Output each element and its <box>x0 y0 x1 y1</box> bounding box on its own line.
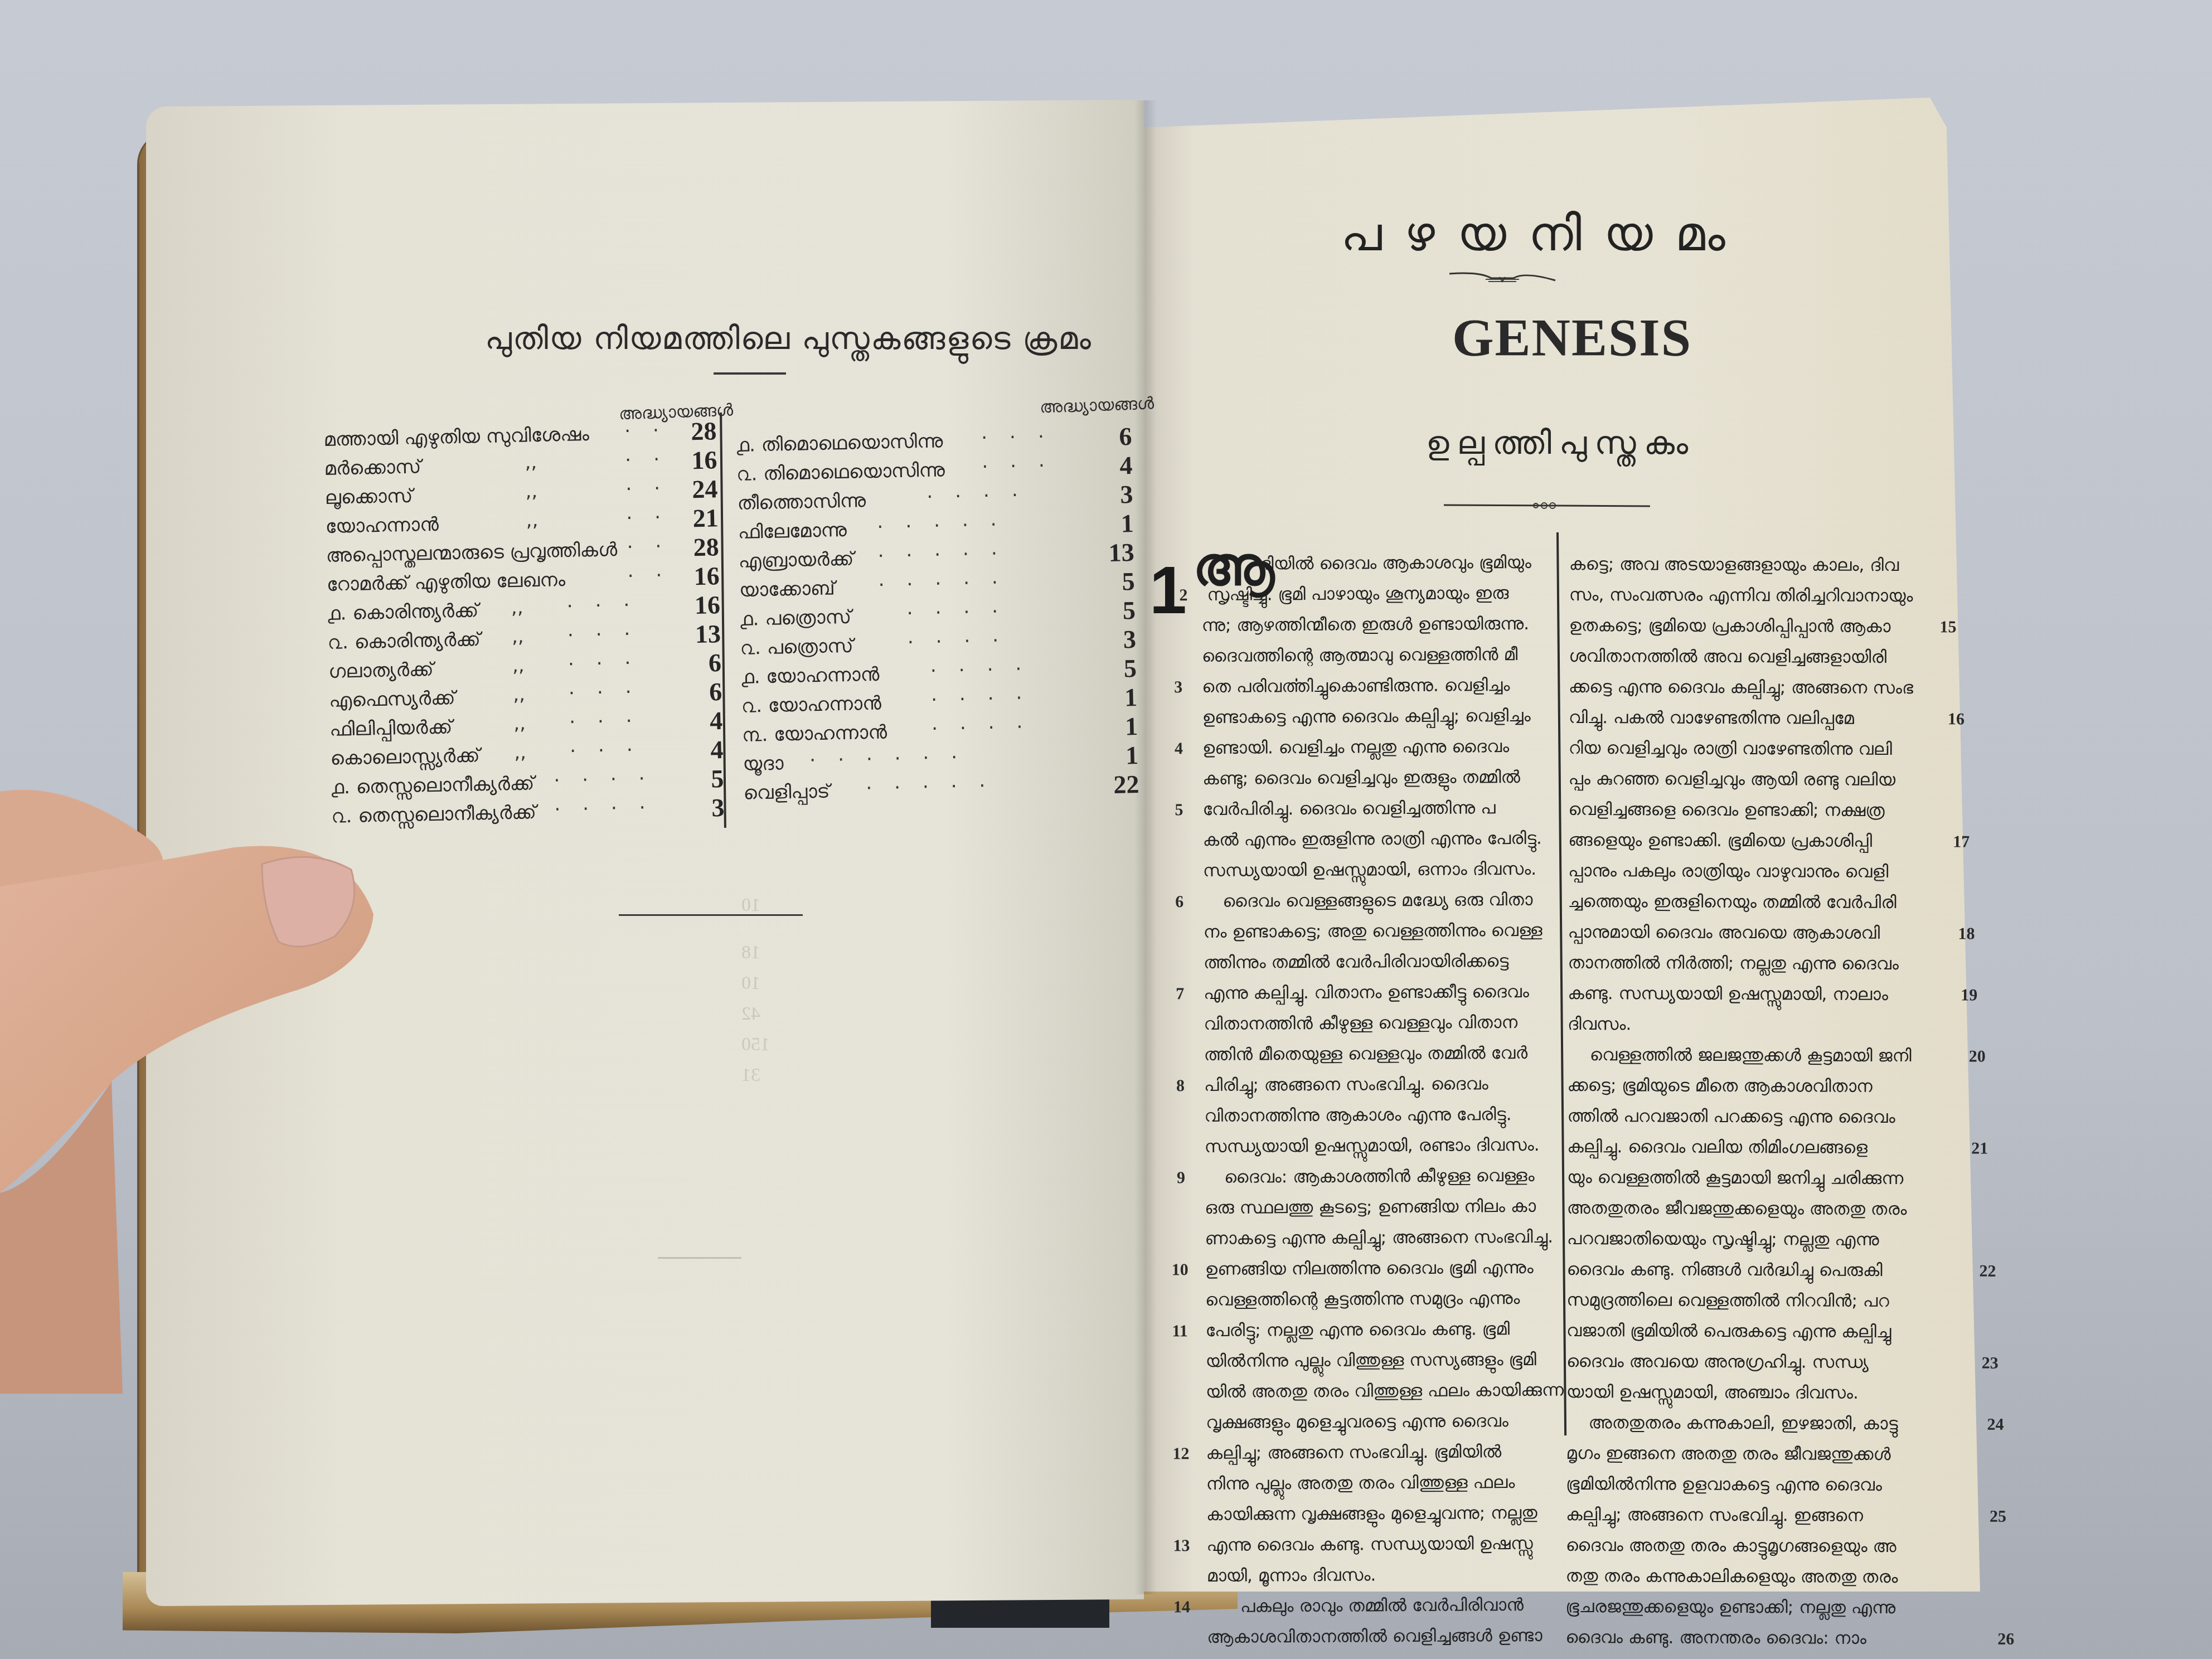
verse-number: 18 <box>1958 918 1975 949</box>
verse-number: 21 <box>1971 1133 1988 1164</box>
verse-text: യിൽ അതതു തരം വിത്തുള്ള ഫലം കായിക്കുന്ന <box>1206 1380 1564 1402</box>
verse-text: അതതുതരം ജീവജന്തുക്കളെയും അതതു തരം <box>1567 1198 1907 1219</box>
verse-line: ദിവസം. <box>1568 1009 1958 1041</box>
verse-line: 3തെ പരിവൎത്തിച്ചുകൊണ്ടിരുന്നു. വെളിച്ചം <box>1202 670 1548 702</box>
toc-chapter-count: 1 <box>1087 682 1138 713</box>
toc-end-rule <box>619 914 803 916</box>
verse-line: താനത്തിൽ നിർത്തി; നല്ലതു എന്നു ദൈവം <box>1568 948 1958 979</box>
verse-text: വൃക്ഷങ്ങളും മുളെച്ചുവരട്ടെ എന്നു ദൈവം <box>1206 1411 1508 1433</box>
title-ornament <box>1447 265 1558 290</box>
toc-book-name: മർക്കൊസ് <box>324 455 421 480</box>
bleed-through-number: 150 <box>741 1034 770 1055</box>
verse-line: നം ഉണ്ടാകട്ടെ; അതു വെള്ളത്തിന്നും വെള്ള <box>1203 915 1549 948</box>
verse-text: വെള്ളത്തിന്റെ കൂട്ടത്തിന്നു സമുദ്രം എന്ന… <box>1205 1288 1520 1310</box>
toc-book-name: ൨. തിമൊഥെയൊസിന്നു <box>736 459 945 486</box>
verse-line: കണ്ടു; ദൈവം വെളിച്ചവും ഇരുളും തമ്മിൽ <box>1202 762 1548 794</box>
toc-chapter-count: 5 <box>1084 566 1135 597</box>
verse-line: കായിക്കുന്ന വൃക്ഷങ്ങളും മുളെച്ചുവന്നു; ന… <box>1206 1498 1552 1530</box>
toc-book-name: ലൂക്കൊസ് <box>324 485 413 509</box>
verse-line: വൃക്ഷങ്ങളും മുളെച്ചുവരട്ടെ എന്നു ദൈവം <box>1206 1406 1551 1438</box>
verse-text: ത്തിൻ മീതെയുള്ള വെള്ളവും തമ്മിൽ വേർ <box>1204 1043 1528 1065</box>
verse-text: വെള്ളത്തിൽ ജലജന്തുക്കൾ കൂട്ടമായി ജനി <box>1568 1045 1912 1066</box>
verse-number: 8 <box>1176 1070 1185 1101</box>
verse-line: ദൈവം കണ്ടു. നിങ്ങൾ വർദ്ധിച്ചു പെരുകി22 <box>1566 1254 1957 1286</box>
verse-text: ദൈവം: ആകാശത്തിൻ കീഴുള്ള വെള്ളം <box>1205 1166 1535 1187</box>
toc-leader-dots: ··· <box>981 425 1066 449</box>
verse-text: ആകാശവിതാനത്തിൽ വെളിച്ചങ്ങൾ ഉണ്ടാ <box>1207 1626 1542 1647</box>
toc-book-name: ൧. പത്രൊസ് <box>740 606 852 630</box>
verse-number: 3 <box>1174 672 1182 702</box>
verse-text: യും വെള്ളത്തിൽ കൂട്ടമായി ജനിച്ചു ചരിക്കു… <box>1567 1167 1903 1189</box>
verse-text: സന്ധ്യയായി ഉഷസ്സുമായി, ഒന്നാം ദിവസം. <box>1203 859 1536 881</box>
verse-text: ന്നു; ആഴത്തിന്മീതെ ഇരുൾ ഉണ്ടായിരുന്നു. <box>1202 614 1530 636</box>
verse-line: ശവിതാനത്തിൽ അവ വെളിച്ചങ്ങളായിരി <box>1569 641 1959 673</box>
toc-ditto: ,, <box>511 596 523 619</box>
toc-title: പുതിയ നിയമത്തിലെ പുസ്തകങ്ങളുടെ ക്രമം <box>485 321 1098 357</box>
verse-text: വേർപിരിച്ചു. ദൈവം വെളിച്ചത്തിന്നു പ <box>1202 798 1495 819</box>
toc-book-name: മത്തായി എഴുതിയ സുവിശേഷം <box>323 423 589 451</box>
verse-text: നിന്നു പുല്ലും അതതു തരം വിത്തുള്ള ഫലം <box>1206 1472 1515 1494</box>
scripture-column-right: കട്ടെ; അവ അടയാളങ്ങളായും കാലം, ദിവ സം, സം… <box>1565 549 1959 1654</box>
verse-line: ക്കട്ടെ എന്നു ദൈവം കല്പിച്ചു; അങ്ങനെ സംഭ <box>1569 672 1959 704</box>
verse-line: 13എന്നു ദൈവം കണ്ടു. സന്ധ്യയായി ഉഷസ്സു <box>1206 1529 1552 1561</box>
toc-column-header-2: അദ്ധ്യായങ്ങൾ <box>1039 394 1154 417</box>
verse-line: യിൽ അതതു തരം വിത്തുള്ള ഫലം കായിക്കുന്ന <box>1206 1375 1551 1408</box>
verse-line: ഭൂചരജന്തുക്കളെയും ഉണ്ടാക്കി; നല്ലതു എന്ന… <box>1565 1592 1956 1623</box>
toc-book-name: കൊലൊസ്സ്യർക്ക് <box>330 744 480 770</box>
verse-line: 9ദൈവം: ആകാശത്തിൻ കീഴുള്ള വെള്ളം <box>1205 1161 1550 1193</box>
toc-book-name: യൂദാ <box>743 752 784 775</box>
toc-chapter-count: 1 <box>1088 740 1139 771</box>
toc-chapter-count: 3 <box>674 793 725 823</box>
verse-line: 11പേരിട്ടു; നല്ലതു എന്നു ദൈവം കണ്ടു. ഭൂമ… <box>1205 1314 1551 1346</box>
verse-line: കല്പിച്ചു; അങ്ങനെ സംഭവിച്ചു. ഇങ്ങനെ25 <box>1566 1500 1956 1531</box>
toc-book-name: ഗലാത്യർക്ക് <box>328 658 434 683</box>
verse-text: ദൈവം അതതു തരം കാട്ടുമൃഗങ്ങളെയും അ <box>1566 1535 1896 1556</box>
bleed-through-number: 10 <box>741 895 760 916</box>
verse-line: ക്കട്ടെ; ഭൂമിയുടെ മീതെ ആകാശവിതാന <box>1568 1070 1958 1102</box>
verse-number: 10 <box>1172 1254 1189 1285</box>
toc-chapter-count: 1 <box>1083 508 1134 539</box>
verse-text: തതു തരം കന്നുകാലികളെയും അതതു തരം <box>1566 1566 1898 1587</box>
toc-book-name: തീത്തൊസിന്നു <box>737 489 866 515</box>
bleed-through-number: 18 <box>741 942 760 963</box>
verse-line: സം, സംവത്സരം എന്നിവ തിരിച്ചറിവാനായും <box>1569 580 1959 612</box>
verse-text: സന്ധ്യയായി ഉഷസ്സുമായി, രണ്ടാം ദിവസം. <box>1205 1135 1540 1157</box>
verse-line: 6ദൈവം വെള്ളങ്ങളുടെ മദ്ധ്യേ ഒരു വിതാ <box>1203 885 1549 917</box>
verse-line: സമുദ്രത്തിലെ വെള്ളത്തിൽ നിറവിൻ; പറ <box>1566 1285 1957 1317</box>
verse-number: 22 <box>1979 1256 1996 1287</box>
verse-text: മായി, മൂന്നാം ദിവസം. <box>1207 1565 1376 1586</box>
toc-leader-dots: ··· <box>566 594 652 618</box>
verse-line: ത്തിൽ പറവജാതി പറക്കട്ടെ എന്നു ദൈവം <box>1567 1101 1957 1133</box>
verse-line: ന്നു; ആഴത്തിന്മീതെ ഇരുൾ ഉണ്ടായിരുന്നു. <box>1202 609 1548 641</box>
verse-number: 26 <box>1997 1624 2014 1655</box>
toc-leader-dots: ···· <box>906 600 1020 624</box>
verse-line: മായി, മൂന്നാം ദിവസം. <box>1207 1559 1553 1592</box>
verse-number: 5 <box>1175 794 1183 825</box>
toc-leader-dots: ··· <box>982 454 1067 478</box>
verse-line: വിതാനത്തിൻ കീഴുള്ള വെള്ളവും വിതാന <box>1204 1007 1549 1040</box>
verse-text: യിൽനിന്നു പുല്ലും വിത്തുള്ള സസ്യങ്ങളും ഭ… <box>1206 1350 1536 1371</box>
toc-book-name: ഫിലേമോന്നു <box>738 519 847 544</box>
verse-text: സൃഷ്ടിച്ചു. ഭൂമി പാഴായും ശൂന്യമായും ഇരു <box>1201 583 1508 605</box>
verse-line: 10ഉണങ്ങിയ നിലത്തിന്നു ദൈവം ഭൂമി എന്നും <box>1205 1253 1551 1285</box>
toc-chapter-count: 16 <box>670 590 720 620</box>
toc-book-name: ൩. യോഹന്നാൻ <box>742 721 887 746</box>
verse-number: 6 <box>1175 886 1183 917</box>
verse-text: ത്തിന്നും തമ്മിൽ വേർപിരിവായിരിക്കട്ടെ <box>1204 951 1509 973</box>
verse-text: ച്ചത്തെയും ഇരുളിനെയും തമ്മിൽ വേർപിരി <box>1568 891 1896 913</box>
verse-text: ക്കട്ടെ എന്നു ദൈവം കല്പിച്ചു; അങ്ങനെ സംഭ <box>1569 677 1913 698</box>
verse-line: പ്പാനുമായി ദൈവം അവയെ ആകാശവി18 <box>1568 917 1958 949</box>
verse-text: ദിയിൽ ദൈവം ആകാശവും ഭൂമിയും <box>1260 552 1531 574</box>
verse-line: ത്തിൻ മീതെയുള്ള വെള്ളവും തമ്മിൽ വേർ <box>1204 1038 1550 1070</box>
verse-line: വജാതി ഭൂമിയിൽ പെരുകട്ടെ എന്നു കല്പിച്ചു <box>1566 1316 1957 1347</box>
toc-leader-dots: ······ <box>809 746 980 772</box>
verse-text: എന്നു ദൈവം കണ്ടു. സന്ധ്യയായി ഉഷസ്സു <box>1206 1534 1532 1555</box>
verse-text: വജാതി ഭൂമിയിൽ പെരുകട്ടെ എന്നു കല്പിച്ചു <box>1566 1321 1891 1342</box>
verse-text: കായിക്കുന്ന വൃക്ഷങ്ങളും മുളെച്ചുവന്നു; ന… <box>1206 1503 1537 1525</box>
verse-line: ദൈവത്തിന്റെ ആത്മാവു വെള്ളത്തിൻ മീ <box>1202 639 1548 672</box>
toc-book-name: ഫിലിപ്പിയർക്ക് <box>329 716 453 741</box>
verse-line: ആകാശവിതാനത്തിൽ വെളിച്ചങ്ങൾ ഉണ്ടാ <box>1207 1621 1553 1653</box>
toc-ditto: ,, <box>525 480 537 502</box>
toc-leader-dots: ····· <box>877 513 1019 538</box>
verse-number: 23 <box>1982 1348 1998 1379</box>
toc-leader-dots: ···· <box>926 484 1040 508</box>
toc-book-name: അപ്പൊസ്തലന്മാരുടെ പ്രവൃത്തികൾ <box>326 539 617 567</box>
verse-text: ഉതകട്ടെ; ഭൂമിയെ പ്രകാശിപ്പിപ്പാൻ ആകാ <box>1569 615 1890 637</box>
verse-line: കൽ എന്നും ഇരുളിന്നു രാത്രി എന്നും പേരിട്… <box>1203 823 1549 856</box>
verse-line: ഒരു സ്ഥലത്തു കൂടട്ടെ; ഉണങ്ങിയ നിലം കാ <box>1205 1191 1550 1224</box>
verse-line: സന്ധ്യയായി ഉഷസ്സുമായി, രണ്ടാം ദിവസം. <box>1204 1130 1550 1162</box>
toc-chapter-count: 5 <box>1085 595 1136 626</box>
verse-text: അതതുതരം കന്നുകാലി, ഇഴജാതി, കാട്ടു <box>1566 1413 1898 1434</box>
toc-ditto: ,, <box>526 509 538 531</box>
verse-line: ഉതകട്ടെ; ഭൂമിയെ പ്രകാശിപ്പിപ്പാൻ ആകാ15 <box>1569 610 1959 642</box>
toc-ditto: ,, <box>512 654 525 677</box>
verse-line: വിതാനത്തിന്നു ആകാശം എന്നു പേരിട്ടു. <box>1204 1099 1550 1132</box>
verse-text: കല്പിച്ചു; അങ്ങനെ സംഭവിച്ചു. ഇങ്ങനെ <box>1566 1505 1863 1526</box>
verse-line: ച്ചത്തെയും ഇരുളിനെയും തമ്മിൽ വേർപിരി <box>1568 886 1958 918</box>
verse-text: സം, സംവത്സരം എന്നിവ തിരിച്ചറിവാനായും <box>1569 585 1913 606</box>
toc-leader-dots: ····· <box>866 774 1008 799</box>
verse-text: ണാകട്ടെ എന്നു കല്പിച്ചു; അങ്ങനെ സംഭവിച്ച… <box>1205 1227 1553 1249</box>
verse-line: സന്ധ്യയായി ഉഷസ്സുമായി, ഒന്നാം ദിവസം. <box>1203 854 1549 886</box>
toc-book-name: ൨. കൊരിന്ത്യർക്ക് <box>328 628 481 654</box>
testament-title: പഴയനിയമം <box>1265 206 1823 263</box>
toc-book-name: യാക്കോബ് <box>739 577 836 601</box>
toc-chapter-count: 28 <box>668 532 719 562</box>
toc-chapter-count: 16 <box>669 561 720 591</box>
verse-text: പകലും രാവും തമ്മിൽ വേർപിരിവാൻ <box>1207 1595 1524 1617</box>
bleed-through-number: 31 <box>741 1065 760 1086</box>
book-subtitle: ഉല്പത്തിപുസ്തകം <box>1310 424 1812 462</box>
verse-text: ദൈവം കണ്ടു. അനന്തരം ദൈവം: നാം <box>1565 1627 1866 1648</box>
book-gutter <box>1134 100 1157 1594</box>
verse-number: 4 <box>1175 733 1183 764</box>
verse-line: അതതുതരം ജീവജന്തുക്കളെയും അതതു തരം <box>1567 1193 1957 1225</box>
verse-number: 2 <box>1179 580 1187 610</box>
verse-line: വിച്ചു. പകൽ വാഴേണ്ടതിന്നു വലിപ്പമേ16 <box>1569 702 1959 734</box>
verse-line: പ്പം കുറഞ്ഞ വെളിച്ചവും ആയി രണ്ടു വലിയ <box>1568 764 1958 795</box>
verse-number: 24 <box>1987 1409 2004 1440</box>
bleed-through-number: 42 <box>741 1003 760 1025</box>
verse-line: കട്ടെ; അവ അടയാളങ്ങളായും കാലം, ദിവ <box>1569 549 1959 581</box>
verse-text: മൃഗം ഇങ്ങനെ അതതു തരം ജീവജന്തുക്കൾ <box>1566 1443 1890 1464</box>
verse-line: പറവജാതിയെയും സൃഷ്ടിച്ചു; നല്ലതു എന്നു <box>1567 1224 1957 1255</box>
toc-chapter-count: 3 <box>1085 624 1136 655</box>
toc-chapter-count: 13 <box>670 619 721 649</box>
verse-number: 14 <box>1173 1592 1190 1622</box>
toc-ditto: ,, <box>513 683 525 706</box>
verse-text: ഭൂമിയിൽനിന്നു ഉളവാകട്ടെ എന്നു ദൈവം <box>1566 1474 1882 1495</box>
toc-ditto: ,, <box>512 625 524 648</box>
verse-text: പ്പം കുറഞ്ഞ വെളിച്ചവും ആയി രണ്ടു വലിയ <box>1568 769 1895 790</box>
toc-leader-dots: ··· <box>569 681 654 705</box>
verse-number: 13 <box>1173 1530 1190 1561</box>
verse-line: ഉണ്ടാകട്ടെ എന്നു ദൈവം കല്പിച്ചു; വെളിച്ച… <box>1202 701 1548 733</box>
verse-number: 12 <box>1172 1438 1189 1469</box>
verse-text: താനത്തിൽ നിർത്തി; നല്ലതു എന്നു ദൈവം <box>1568 953 1899 974</box>
toc-chapter-count: 4 <box>672 706 723 736</box>
verse-number: 9 <box>1177 1162 1185 1193</box>
toc-chapter-count: 6 <box>671 648 721 678</box>
verse-line: ദിയിൽ ദൈവം ആകാശവും ഭൂമിയും <box>1201 547 1547 580</box>
verse-text: പ്പാനുമായി ദൈവം അവയെ ആകാശവി <box>1568 922 1880 943</box>
toc-chapter-count: 6 <box>1081 424 1132 453</box>
verse-number: 11 <box>1172 1316 1188 1346</box>
verse-text: ദൈവം അവയെ അനുഗ്രഹിച്ചു. സന്ധ്യ <box>1566 1351 1869 1372</box>
verse-line: ദൈവം അതതു തരം കാട്ടുമൃഗങ്ങളെയും അ <box>1566 1530 1956 1562</box>
toc-leader-dots: ····· <box>878 571 1020 596</box>
toc-ditto: ,, <box>514 741 526 764</box>
verse-line: തതു തരം കന്നുകാലികളെയും അതതു തരം <box>1565 1561 1956 1593</box>
verse-line: 14പകലും രാവും തമ്മിൽ വേർപിരിവാൻ <box>1207 1590 1553 1622</box>
verse-line: യും വെള്ളത്തിൽ കൂട്ടമായി ജനിച്ചു ചരിക്കു… <box>1567 1162 1957 1194</box>
toc-chapter-count: 6 <box>672 677 722 707</box>
verse-text: ഉണ്ടായി. വെളിച്ചം നല്ലതു എന്നു ദൈവം <box>1202 736 1510 758</box>
toc-leader-dots: ··· <box>569 710 654 734</box>
toc-book-name: വെളിപ്പാട് <box>743 780 830 804</box>
verse-text: ദൈവം വെള്ളങ്ങളുടെ മദ്ധ്യേ ഒരു വിതാ <box>1203 890 1532 911</box>
verse-line: പ്പാനും പകലും രാത്രിയും വാഴുവാനും വെളി <box>1568 856 1958 887</box>
verse-text: നം ഉണ്ടാകട്ടെ; അതു വെള്ളത്തിന്നും വെള്ള <box>1204 920 1542 942</box>
verse-number: 15 <box>1939 612 1956 642</box>
verse-text: ദൈവം കണ്ടു. നിങ്ങൾ വർദ്ധിച്ചു പെരുകി <box>1566 1259 1883 1280</box>
toc-leader-dots: ··· <box>567 623 653 647</box>
toc-chapter-count: 13 <box>1084 537 1134 568</box>
verse-line: വെളിച്ചങ്ങളെ ദൈവം ഉണ്ടാക്കി; നക്ഷത്ര <box>1568 794 1958 826</box>
toc-leader-dots: ··· <box>570 739 655 763</box>
ornament-flourish-icon <box>1447 270 1558 285</box>
toc-book-name: ൧. കൊരിന്ത്യർക്ക് <box>327 599 479 625</box>
toc-book-name: യോഹന്നാൻ <box>325 513 439 538</box>
toc-ditto: ,, <box>513 712 526 735</box>
verse-line: 2സൃഷ്ടിച്ചു. ഭൂമി പാഴായും ശൂന്യമായും ഇരു <box>1201 578 1547 610</box>
verse-text: റിയ വെളിച്ചവും രാത്രി വാഴേണ്ടതിന്നു വലി <box>1569 738 1892 759</box>
verse-text: ത്തിൽ പറവജാതി പറക്കട്ടെ എന്നു ദൈവം <box>1567 1106 1895 1127</box>
verse-line: യായി ഉഷസ്സുമായി, അഞ്ചാം ദിവസം. <box>1566 1377 1957 1409</box>
toc-leader-dots: ···· <box>930 658 1044 682</box>
toc-ditto: ,, <box>525 451 537 473</box>
toc-chapter-count: 3 <box>1083 479 1133 510</box>
verse-text: ഒരു സ്ഥലത്തു കൂടട്ടെ; ഉണങ്ങിയ നിലം കാ <box>1205 1196 1536 1218</box>
verse-text: വിതാനത്തിന്നു ആകാശം എന്നു പേരിട്ടു. <box>1204 1104 1511 1126</box>
verse-text: പ്പാനും പകലും രാത്രിയും വാഴുവാനും വെളി <box>1568 861 1889 882</box>
verse-text: കട്ടെ; അവ അടയാളങ്ങളായും കാലം, ദിവ <box>1569 554 1899 575</box>
toc-book-name: ൧. തിമൊഥെയൊസിന്നു <box>736 430 943 457</box>
verse-text: കൽ എന്നും ഇരുളിന്നു രാത്രി എന്നും പേരിട്… <box>1203 828 1542 850</box>
verse-text: വെളിച്ചങ്ങളെ ദൈവം ഉണ്ടാക്കി; നക്ഷത്ര <box>1568 799 1884 821</box>
verse-text: യായി ഉഷസ്സുമായി, അഞ്ചാം ദിവസം. <box>1566 1382 1859 1403</box>
verse-text: കല്പിച്ചു; അങ്ങനെ സംഭവിച്ചു. ഭൂമിയിൽ <box>1206 1442 1501 1463</box>
verse-number: 25 <box>1990 1501 2006 1532</box>
verse-text: കണ്ടു. സന്ധ്യയായി ഉഷസ്സുമായി, നാലാം <box>1568 983 1888 1005</box>
subtitle-ornament <box>1441 491 1653 516</box>
toc-column-2: ൧. തിമൊഥെയൊസിന്നു ··· 6 ൨. തിമൊഥെയൊസിന്ന… <box>736 424 1157 845</box>
verse-line: ദൈവം കണ്ടു. അനന്തരം ദൈവം: നാം26 <box>1565 1622 1956 1654</box>
verse-text: ഉണങ്ങിയ നിലത്തിന്നു ദൈവം ഭൂമി എന്നും <box>1205 1258 1534 1279</box>
verse-line: 8പിരിച്ചു; അങ്ങനെ സംഭവിച്ചു. ദൈവം <box>1204 1069 1550 1101</box>
toc-leader-dots: ···· <box>908 629 1021 653</box>
verse-text: എന്നു കല്പിച്ചു. വിതാനം ഉണ്ടാക്കീട്ടു ദൈ… <box>1204 982 1529 1003</box>
verse-line: ത്തിന്നും തമ്മിൽ വേർപിരിവായിരിക്കട്ടെ <box>1204 946 1549 978</box>
verse-text: ശവിതാനത്തിൽ അവ വെളിച്ചങ്ങളായിരി <box>1569 646 1886 667</box>
toc-leader-dots: ··· <box>568 652 653 676</box>
verse-line: ണാകട്ടെ എന്നു കല്പിച്ചു; അങ്ങനെ സംഭവിച്ച… <box>1205 1222 1550 1254</box>
verse-line: 7എന്നു കല്പിച്ചു. വിതാനം ഉണ്ടാക്കീട്ടു ദ… <box>1204 977 1549 1009</box>
verse-line: ങ്ങളെയും ഉണ്ടാക്കി. ഭൂമിയെ പ്രകാശിപ്പി17 <box>1568 825 1958 857</box>
verse-line: കണ്ടു. സന്ധ്യയായി ഉഷസ്സുമായി, നാലാം19 <box>1568 978 1958 1010</box>
verse-number: 17 <box>1953 826 1970 857</box>
verse-text: പേരിട്ടു; നല്ലതു എന്നു ദൈവം കണ്ടു. ഭൂമി <box>1205 1319 1510 1341</box>
toc-leader-dots: ···· <box>931 687 1045 711</box>
verse-line: 4ഉണ്ടായി. വെളിച്ചം നല്ലതു എന്നു ദൈവം <box>1202 731 1548 764</box>
verse-text: ദൈവത്തിന്റെ ആത്മാവു വെള്ളത്തിൻ മീ <box>1202 644 1518 666</box>
verse-line: വെള്ളത്തിന്റെ കൂട്ടത്തിന്നു സമുദ്രം എന്ന… <box>1205 1283 1551 1316</box>
toc-book-name: ൨. യോഹന്നാൻ <box>741 692 881 717</box>
verse-text: പിരിച്ചു; അങ്ങനെ സംഭവിച്ചു. ദൈവം <box>1204 1074 1488 1095</box>
toc-chapter-count: 16 <box>667 445 717 476</box>
toc-chapter-count: 24 <box>667 474 718 505</box>
scripture-column-left: ദിയിൽ ദൈവം ആകാശവും ഭൂമിയും 2സൃഷ്ടിച്ചു. … <box>1201 547 1553 1653</box>
verse-text: തെ പരിവൎത്തിച്ചുകൊണ്ടിരുന്നു. വെളിച്ചം <box>1202 675 1510 697</box>
verse-line: യിൽനിന്നു പുല്ലും വിത്തുള്ള സസ്യങ്ങളും ഭ… <box>1205 1345 1551 1377</box>
verse-number: 16 <box>1948 704 1964 734</box>
toc-chapter-count: 1 <box>1088 711 1138 742</box>
verse-line: ദൈവം അവയെ അനുഗ്രഹിച്ചു. സന്ധ്യ23 <box>1566 1346 1957 1378</box>
verse-text: സമുദ്രത്തിലെ വെള്ളത്തിൽ നിറവിൻ; പറ <box>1566 1290 1889 1311</box>
toc-title-rule <box>714 372 786 375</box>
verse-text: വിച്ചു. പകൽ വാഴേണ്ടതിന്നു വലിപ്പമേ <box>1569 707 1854 729</box>
verse-line: റിയ വെളിച്ചവും രാത്രി വാഴേണ്ടതിന്നു വലി <box>1569 733 1959 765</box>
toc-book-name: ൨. പത്രൊസ് <box>740 635 853 659</box>
toc-chapter-count: 4 <box>673 735 724 765</box>
verse-text: ഉണ്ടാകട്ടെ എന്നു ദൈവം കല്പിച്ചു; വെളിച്ച… <box>1202 706 1530 727</box>
verse-line: അതതുതരം കന്നുകാലി, ഇഴജാതി, കാട്ടു24 <box>1566 1408 1956 1439</box>
toc-chapter-count: 4 <box>1082 450 1133 481</box>
toc-book-name: എബ്രായർക്ക് <box>738 548 853 573</box>
verse-text: കല്പിച്ചു. ദൈവം വലിയ തിമിംഗലങ്ങളെ <box>1567 1137 1867 1158</box>
toc-chapter-count: 5 <box>1086 653 1137 684</box>
toc-chapter-count: 5 <box>673 764 724 794</box>
toc-leader-dots: ···· <box>554 796 668 821</box>
verse-number: 20 <box>1969 1041 1986 1072</box>
ornament-rule-icon <box>1441 499 1653 511</box>
bleed-through-rule <box>658 1257 741 1259</box>
toc-chapter-count: 21 <box>668 503 719 533</box>
verse-text: ഭൂചരജന്തുക്കളെയും ഉണ്ടാക്കി; നല്ലതു എന്ന… <box>1565 1597 1895 1618</box>
bleed-through-number: 10 <box>741 973 760 994</box>
verse-line: വെള്ളത്തിൽ ജലജന്തുക്കൾ കൂട്ടമായി ജനി20 <box>1568 1040 1958 1071</box>
verse-line: നിന്നു പുല്ലും അതതു തരം വിത്തുള്ള ഫലം <box>1206 1467 1552 1500</box>
verse-line: മൃഗം ഇങ്ങനെ അതതു തരം ജീവജന്തുക്കൾ <box>1566 1438 1956 1470</box>
verse-text: ക്കട്ടെ; ഭൂമിയുടെ മീതെ ആകാശവിതാന <box>1568 1075 1873 1097</box>
toc-leader-dots: ···· <box>554 767 667 792</box>
verse-text: കണ്ടു; ദൈവം വെളിച്ചവും ഇരുളും തമ്മിൽ <box>1202 767 1520 789</box>
verse-text: ങ്ങളെയും ഉണ്ടാക്കി. ഭൂമിയെ പ്രകാശിപ്പി <box>1568 830 1872 851</box>
toc-leader-dots: ····· <box>877 542 1020 567</box>
toc-chapter-count: 28 <box>666 416 717 447</box>
toc-book-name: റോമർക്ക് എഴുതിയ ലേഖനം <box>327 569 566 596</box>
book-title: GENESIS <box>1349 307 1795 368</box>
verse-line: 12കല്പിച്ചു; അങ്ങനെ സംഭവിച്ചു. ഭൂമിയിൽ <box>1206 1437 1551 1469</box>
verse-number: 7 <box>1176 978 1184 1009</box>
verse-text: ദിവസം. <box>1568 1014 1632 1034</box>
verse-text: പറവജാതിയെയും സൃഷ്ടിച്ചു; നല്ലതു എന്നു <box>1567 1229 1879 1250</box>
toc-book-name: ൧. യോഹന്നാൻ <box>741 663 880 688</box>
toc-chapter-count: 22 <box>1089 769 1139 800</box>
toc-book-name: എഫെസ്യർക്ക് <box>329 687 455 712</box>
verse-line: 5വേർപിരിച്ചു. ദൈവം വെളിച്ചത്തിന്നു പ <box>1202 793 1548 825</box>
toc-leader-dots: ···· <box>932 716 1045 740</box>
verse-line: കല്പിച്ചു. ദൈവം വലിയ തിമിംഗലങ്ങളെ21 <box>1567 1132 1957 1163</box>
verse-number: 19 <box>1961 979 1977 1010</box>
hand-holding-page <box>0 769 390 1394</box>
verse-line: ഭൂമിയിൽനിന്നു ഉളവാകട്ടെ എന്നു ദൈവം <box>1566 1469 1956 1501</box>
verse-text: വിതാനത്തിൻ കീഴുള്ള വെള്ളവും വിതാന <box>1204 1012 1517 1034</box>
